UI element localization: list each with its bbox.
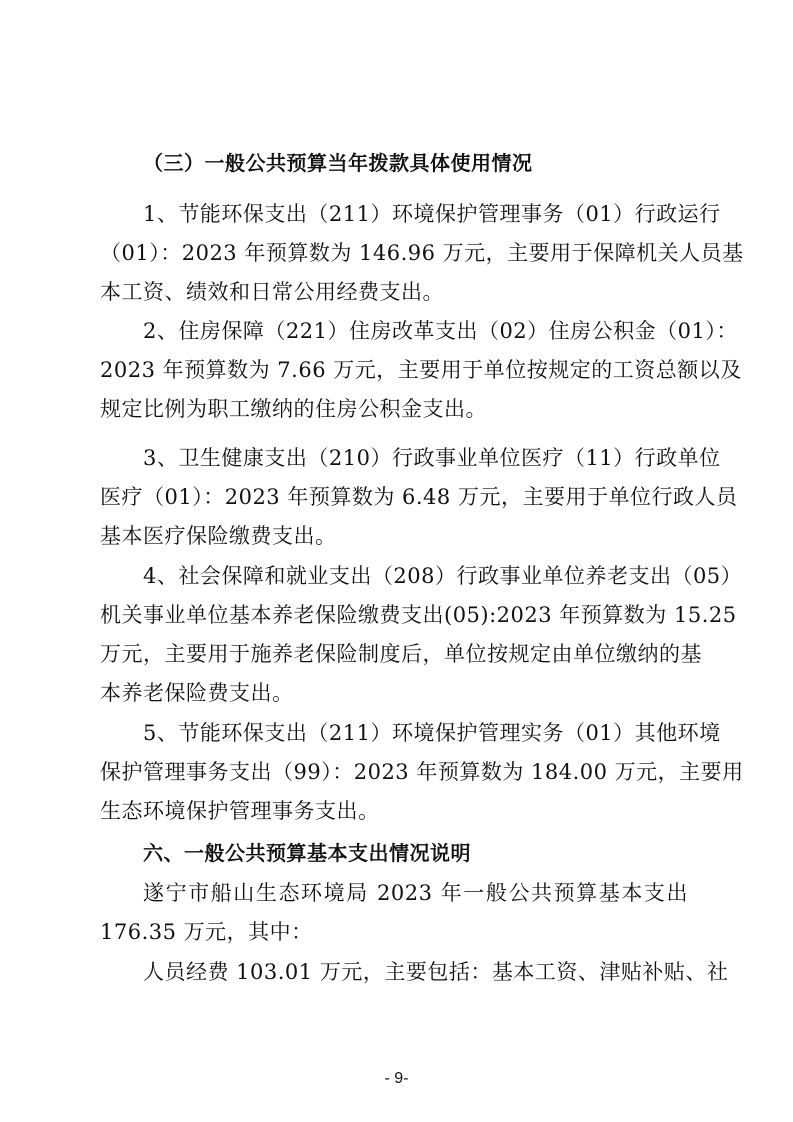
item-4-line-3: 万元，主要用于施养老保险制度后，单位按规定由单位缴纳的基 — [100, 641, 688, 667]
section-six-line-2: 176.35 万元，其中： — [100, 919, 688, 945]
page-number: - 9- — [0, 1070, 793, 1088]
item-3-line-1: 3、卫生健康支出（210）行政事业单位医疗（11）行政单位 — [143, 445, 688, 471]
section-six-heading: 六、一般公共预算基本支出情况说明 — [143, 840, 688, 866]
item-2-line-3: 规定比例为职工缴纳的住房公积金支出。 — [100, 396, 688, 422]
item-1-line-3: 本工资、绩效和日常公用经费支出。 — [100, 279, 688, 305]
item-1-line-1: 1、节能环保支出（211）环境保护管理事务（01）行政运行 — [143, 201, 688, 227]
item-1-line-2: （01）：2023 年预算数为 146.96 万元，主要用于保障机关人员基 — [100, 240, 688, 266]
item-5-line-2: 保护管理事务支出（99）：2023 年预算数为 184.00 万元，主要用 — [100, 759, 688, 785]
item-3-line-3: 基本医疗保险缴费支出。 — [100, 523, 688, 549]
item-4-line-1: 4、社会保障和就业支出（208）行政事业单位养老支出（05） — [143, 563, 688, 589]
item-5-line-1: 5、节能环保支出（211）环境保护管理实务（01）其他环境 — [143, 720, 688, 746]
item-2-line-2: 2023 年预算数为 7.66 万元，主要用于单位按规定的工资总额以及 — [100, 357, 688, 383]
item-2-line-1: 2、住房保障（221）住房改革支出（02）住房公积金（01）： — [143, 318, 688, 344]
item-3-line-2: 医疗（01）：2023 年预算数为 6.48 万元，主要用于单位行政人员 — [100, 484, 688, 510]
item-5-line-3: 生态环境保护管理事务支出。 — [100, 798, 688, 824]
personnel-line-1: 人员经费 103.01 万元，主要包括：基本工资、津贴补贴、社 — [143, 959, 688, 985]
section-heading: （三）一般公共预算当年拨款具体使用情况 — [143, 150, 688, 176]
item-4-line-2: 机关事业单位基本养老保险缴费支出(05):2023 年预算数为 15.25 — [100, 602, 688, 628]
section-six-line-1: 遂宁市船山生态环境局 2023 年一般公共预算基本支出 — [143, 880, 688, 906]
item-4-line-4: 本养老保险费支出。 — [100, 680, 688, 706]
document-page: （三）一般公共预算当年拨款具体使用情况 1、节能环保支出（211）环境保护管理事… — [0, 0, 793, 1122]
